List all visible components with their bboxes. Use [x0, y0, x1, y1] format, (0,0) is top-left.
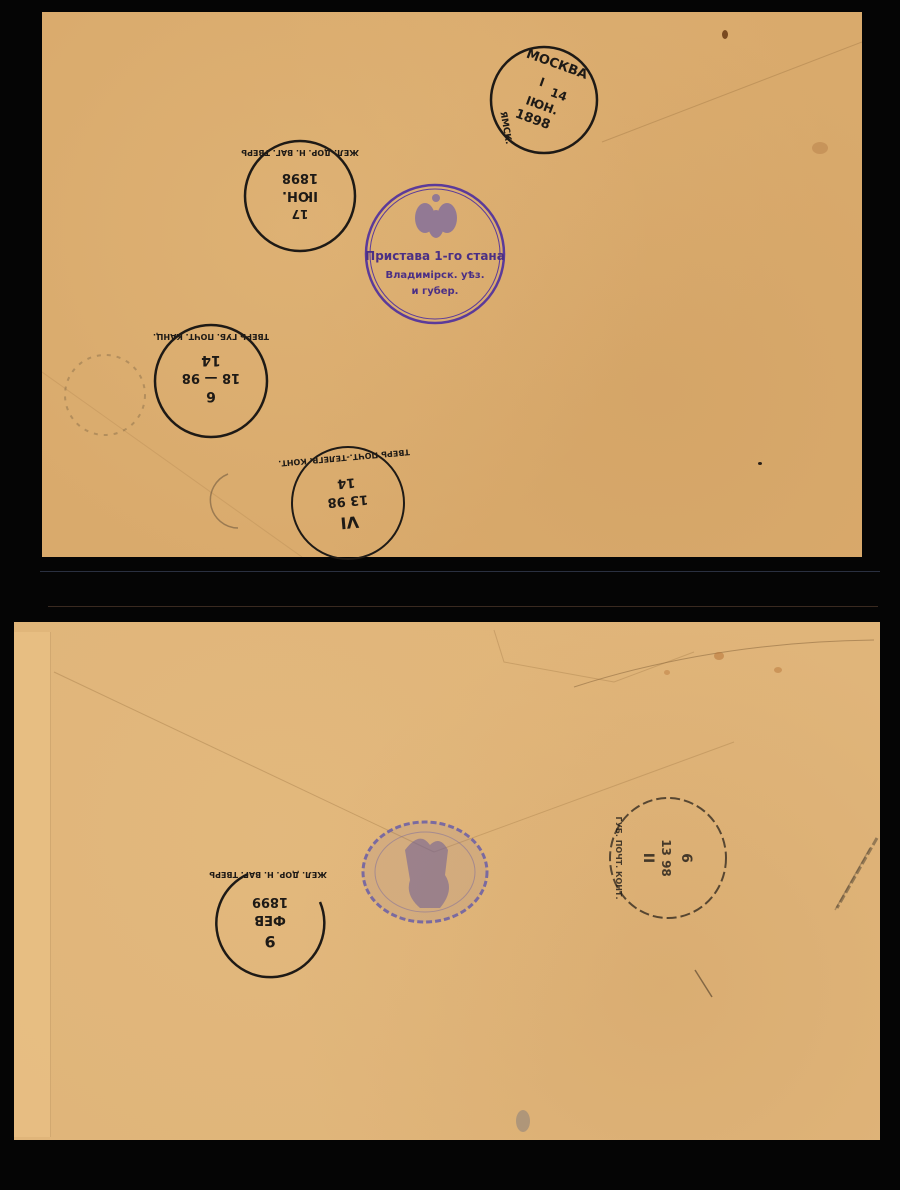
faint-postmark-left [60, 345, 150, 445]
tver-telegraph-postmark: VI 13 98 14 ТВЕРЬ ПОЧТ.-ТЕЛЕГР. КОНТ. [288, 443, 408, 563]
railway-postmark-2: 9 ФЕВ 1899 ЖЕЛ. ДОР. Н. ВАГ. ТВЕРЬ [208, 862, 328, 982]
svg-text:ФЕВ: ФЕВ [254, 912, 286, 927]
guberniya-postmark-2: 6 13 98 II ГУБ. ПОЧТ. КОНТ. [604, 786, 732, 924]
pencil-mark [690, 965, 720, 1005]
svg-text:17: 17 [292, 207, 309, 221]
svg-text:14: 14 [337, 474, 356, 491]
tver-guberniya-postmark: 6 18 — 98 14 ТВЕРЬ ГУБ. ПОЧТ. КАНЦ. [152, 322, 270, 440]
foxing-spot [774, 667, 782, 673]
svg-text:ЖЕЛ. ДОР. Н. ВАГ. ТВЕРЬ: ЖЕЛ. ДОР. Н. ВАГ. ТВЕРЬ [209, 870, 327, 879]
svg-text:6: 6 [678, 853, 694, 863]
svg-text:и губер.: и губер. [412, 285, 459, 297]
svg-text:VI: VI [340, 512, 360, 533]
svg-text:Владимірск. уѣз.: Владимірск. уѣз. [385, 270, 484, 281]
album-strip-highlight [48, 606, 878, 607]
svg-text:Пристава 1-го стана: Пристава 1-го стана [365, 249, 505, 263]
svg-text:МОСКВА: МОСКВА [524, 47, 589, 83]
foxing-spot [758, 462, 762, 465]
svg-text:I: I [537, 75, 546, 90]
ink-smudge [516, 1110, 530, 1132]
moscow-postmark: МОСКВА I 14 ІЮН. 1898 ЯМСК. [488, 44, 600, 156]
svg-text:13 98: 13 98 [659, 839, 673, 877]
foxing-spot [664, 670, 670, 675]
svg-text:II: II [640, 853, 656, 863]
wax-seal-impression [360, 820, 490, 924]
svg-text:ЖЕЛ. ДОР. Н. ВАГ. ТВЕРЬ: ЖЕЛ. ДОР. Н. ВАГ. ТВЕРЬ [241, 148, 359, 157]
svg-text:9: 9 [264, 932, 275, 951]
svg-text:ІЮН.: ІЮН. [282, 188, 318, 203]
svg-text:1899: 1899 [252, 894, 288, 909]
svg-text:ТВЕРЬ ГУБ. ПОЧТ. КАНЦ.: ТВЕРЬ ГУБ. ПОЧТ. КАНЦ. [153, 332, 269, 341]
svg-text:14: 14 [201, 352, 221, 368]
svg-text:6: 6 [206, 388, 216, 404]
railway-postmark-1: 17 ІЮН. 1898 ЖЕЛ. ДОР. Н. ВАГ. ТВЕРЬ [242, 138, 358, 254]
partial-ring-lower-left [198, 470, 268, 532]
foxing-spot [812, 142, 828, 154]
album-strip-highlight [40, 571, 880, 572]
pencil-stroke-right [815, 830, 885, 930]
double-headed-eagle-icon [415, 194, 457, 238]
svg-text:ГУБ. ПОЧТ. КОНТ.: ГУБ. ПОЧТ. КОНТ. [614, 817, 623, 900]
svg-text:1898: 1898 [282, 170, 318, 185]
svg-text:18 — 98: 18 — 98 [182, 370, 240, 385]
heraldic-lion-icon [405, 839, 449, 908]
foxing-spot [714, 652, 724, 660]
foxing-spot [722, 30, 728, 39]
official-seal-violet: Пристава 1-го стана Владимірск. уѣз. и г… [363, 182, 508, 327]
svg-text:13 98: 13 98 [327, 491, 369, 509]
